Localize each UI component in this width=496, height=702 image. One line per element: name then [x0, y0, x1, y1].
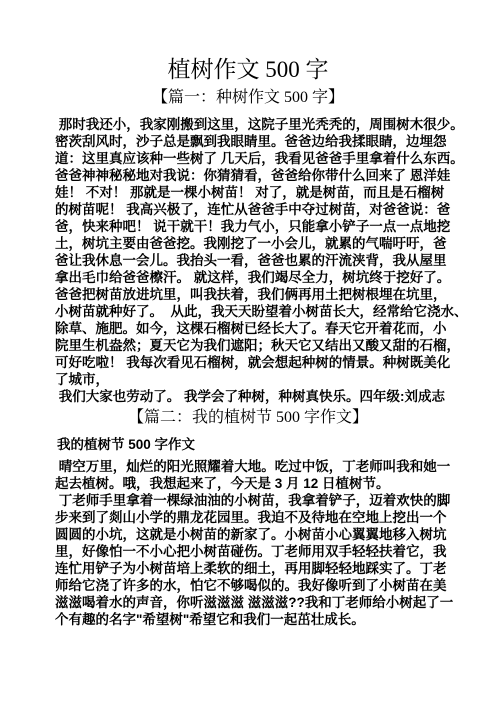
paragraph-line: 丁老师手里拿着一棵绿油油的小树苗，我拿着铲子，迈着欢快的脚	[0, 492, 496, 509]
paragraph-line: 里，好像怕一不小心把小树苗碰伤。丁老师用双手轻轻扶着它，我	[0, 543, 496, 560]
paragraph-line: 滋滋喝着水的声音，你听滋滋滋 滋滋滋??我和丁老师给小树起了一	[0, 594, 496, 611]
paragraph-line: 娃！ 不对！ 那就是一棵小树苗！ 对了，就是树苗，而且是石榴树	[0, 184, 496, 201]
paragraph-line: 步来到了剡山小学的鼎龙花园里。我迫不及待地在空地上挖出一个	[0, 509, 496, 526]
paragraph-line: 道：这里真应该种一些树了 几天后，我看见爸爸手里拿着什么东西。	[0, 150, 496, 167]
paragraph-line: 那时我还小，我家刚搬到这里，这院子里光秃秃的，周围树木很少。	[0, 116, 496, 133]
paragraph-line: 拿出毛巾给爸爸檫汗。 就这样，我们竭尽全力，树坑终于挖好了。	[0, 269, 496, 286]
paragraph-line: 爸让我休息一会儿。我抬头一看，爸爸也累的汗流浃背，我从屋里	[0, 252, 496, 269]
paragraph-line: 除草、施肥。如今，这棵石榴树已经长大了。春天它开着花而，小	[0, 320, 496, 337]
paragraph-line: 起去植树。哦，我想起来了，今天是 3 月 12 日植树节。	[0, 475, 496, 492]
paragraph-line: 密茨刮风时，沙子总是飘到我眼睛里。爸爸边给我揉眼睛，边埋怨	[0, 133, 496, 150]
paragraph-line: 小树苗就种好了。 从此，我天天盼望着小树苗长大，经常给它浇水、	[0, 303, 496, 320]
paragraph-line: 连忙用铲子为小树苗培上柔软的细土，再用脚轻轻地踩实了。丁老	[0, 560, 496, 577]
paragraph-line: 爸爸把树苗放进坑里，叫我扶着，我们俩再用土把树根埋在坑里，	[0, 286, 496, 303]
section-heading: 【篇二：我的植树节 500 字作文】	[0, 407, 496, 429]
paragraph-line: 晴空万里，灿烂的阳光照耀着大地。吃过中饭，丁老师叫我和她一	[0, 458, 496, 475]
paragraph-line: 爸爸神神秘秘地对我说：你猜猜看，爸爸给你带什么回来了 恩洋娃	[0, 167, 496, 184]
paragraph-line: 的树苗呢！ 我高兴极了，连忙从爸爸手中夺过树苗，对爸爸说：爸	[0, 201, 496, 218]
document-body: 【篇一：种树作文 500 字】 那时我还小，我家刚搬到这里，这院子里光秃秃的，周…	[0, 87, 496, 628]
paragraph-line: 圆圆的小坑，这就是小树苗的新家了。小树苗小心翼翼地移入树坑	[0, 526, 496, 543]
paragraph-line: 师给它浇了许多的水，怕它不够喝似的。我好像听到了小树苗在美	[0, 577, 496, 594]
paragraph-line: 了城市，	[0, 371, 496, 388]
essay-subtitle: 我的植树节 500 字作文	[0, 436, 496, 453]
paragraph-line: 土，树坑主要由爸爸挖。我刚挖了一小会儿，就累的气喘吁吁，爸	[0, 235, 496, 252]
paragraph-line: 个有趣的名字"希望树"希望它和我们一起茁壮成长。	[0, 611, 496, 628]
page-title: 植树作文 500 字	[0, 0, 496, 85]
paragraph-line: 爸，快来种吧！ 说干就干！我力气小，只能拿小铲子一点一点地挖	[0, 218, 496, 235]
paragraph-line: 可好吃啦！ 我每次看见石榴树，就会想起种树的情景。种树既美化	[0, 354, 496, 371]
paragraph-line: 我们大家也劳动了。 我学会了种树，种树真快乐。四年级:刘成志	[0, 388, 496, 405]
paragraph-line: 院里生机盎然；夏天它为我们遮阳；秋天它又结出又酸又甜的石榴，	[0, 337, 496, 354]
document-page: 植树作文 500 字 【篇一：种树作文 500 字】 那时我还小，我家刚搬到这里…	[0, 0, 496, 702]
section-heading: 【篇一：种树作文 500 字】	[0, 87, 496, 109]
